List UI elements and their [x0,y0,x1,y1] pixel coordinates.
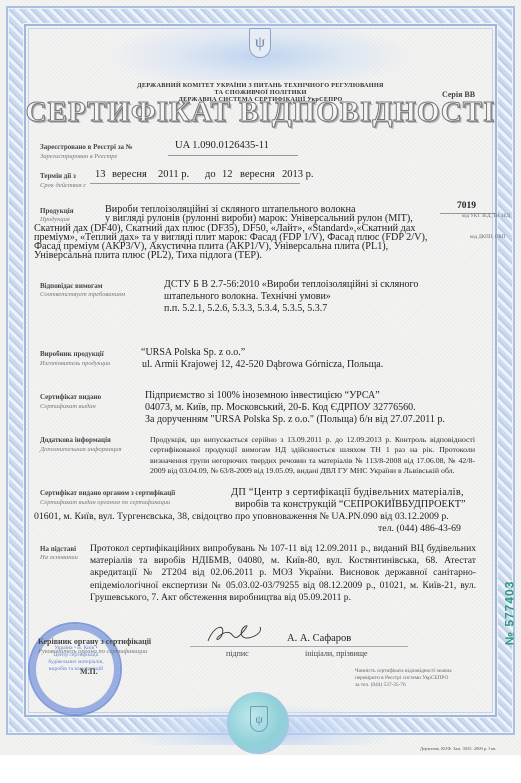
issuing-body-phone: тел. (044) 486-43-69 [378,523,461,534]
signature-image [204,621,264,645]
issued-to-label: Сертифікат видано [40,393,101,401]
issuing-body-address: 01601, м. Київ, вул. Тургенєвська, 38, с… [34,511,449,522]
basis-text: Протокол сертифікаційних випробувань № 1… [90,543,476,604]
issued-to-line-2: 04073, м. Київ, пр. Московський, 20-Б. К… [145,402,416,413]
validity-underline [90,183,300,184]
manufacturer-label-ru: Изготовитель продукции [40,360,110,367]
validity-to-year: 2013 р. [282,169,314,180]
product-line-6: Універсальна плита плюс (PL2), Тиха підл… [34,251,262,261]
conforms-label-ru: Соответствует требованиям [40,291,125,298]
product-code-caption-top: код УКТ ЗЕД, ТН ЗЕД [462,214,510,219]
issuing-body-label: Сертифікат видано органом з сертифікації [40,489,175,497]
certificate-sheet: ψ ДЕРЖАВНИЙ КОМІТЕТ УКРАЇНИ З ПИТАНЬ ТЕХ… [0,0,521,755]
basis-label: На підставі [40,545,76,553]
signatory-label-ru: Руководитель органа по сертификации [38,648,147,655]
issued-to-line-3: За дорученням "URSA Polska Sp. z o.o." (… [145,414,445,425]
seal-mark: М.П. [80,667,98,676]
issued-to-label-ru: Сертификат выдан [40,403,96,410]
conforms-line-1: ДСТУ Б В 2.7-56:2010 «Вироби теплоізоляц… [164,279,418,290]
manufacturer-name: “URSA Polska Sp. z o.o.” [141,347,245,358]
product-code: 7019 [457,201,476,211]
additional-info-label-ru: Дополнительная информация [40,446,121,453]
product-label-ru: Продукция [40,216,70,223]
validity-to-word: до [205,169,216,180]
certificate-title: СЕРТИФІКАТ ВІДПОВІДНОСТІ [0,96,521,129]
additional-info-text: Продукція, що випускається серійно з 13.… [150,435,475,476]
signature-underline [190,646,408,647]
issuing-body-name-1: ДП “Центр з сертифікації будівельних мат… [231,487,464,498]
additional-info-label: Додаткова інформація [40,436,111,444]
serial-number: № 577403 [502,581,516,646]
product-label: Продукція [40,207,73,215]
product-code-caption-bottom: код ДКПП, ОКП [470,235,505,240]
issuing-body-name-2: виробів та конструкцій “СЕПРОКИЇВБУДПРОЕ… [235,499,466,510]
signatory-name: А. А. Сафаров [287,633,351,644]
printer-note: Держзнак. КОФ. Зам. 3035. 2009 р. І кв. [420,746,496,751]
signatory-name-caption: ініціали, прізвище [305,649,368,658]
validity-to-month: вересня [240,169,275,180]
conforms-line-2: штапельного волокна. Технічні умови» [164,291,331,302]
validity-label: Термін дії з [40,172,76,180]
validity-from-year: 2011 р. [158,169,189,180]
validity-from-day: 13 [95,169,106,180]
signature-caption: підпис [226,649,249,658]
signatory-label: Керівник органу з сертифікації [38,637,151,646]
registry-label: Зареєстровано в Реєстрі за № [40,143,133,151]
validity-from-month: вересня [112,169,147,180]
validity-label-ru: Срок действия с [40,182,86,189]
trident-icon: ψ [250,706,268,732]
trident-icon: ψ [249,28,271,58]
verification-line-2: перевірити в Реєстрі системи УкрСЕПРО [355,675,448,681]
basis-label-ru: На основании [40,554,78,561]
manufacturer-address: ul. Armii Krajowej 12, 42-520 Dąbrowa Gó… [142,359,383,370]
conforms-label: Відповідає вимогам [40,282,103,290]
verification-line-3: за тел. (044) 537-35-76 [355,682,406,688]
issued-to-line-1: Підприємство зі 100% іноземною інвестиці… [145,390,380,401]
conforms-line-3: п.п. 5.2.1, 5.2.6, 5.3.3, 5.3.4, 5.3.5, … [164,303,327,314]
inner-border-line [28,28,493,713]
issuing-body-label-ru: Сертификат выдан органом по сертификации [40,499,170,506]
registry-number: UA 1.090.0126435-11 [175,140,269,151]
agency-line-1: ДЕРЖАВНИЙ КОМІТЕТ УКРАЇНИ З ПИТАНЬ ТЕХНІ… [0,82,521,89]
verification-line-1: Чинність сертифіката відповідності можна [355,668,452,674]
registry-underline [168,155,298,156]
manufacturer-label: Виробник продукції [40,350,104,358]
validity-to-day: 12 [222,169,233,180]
registry-label-ru: Зарегистрирован в Реестре [40,153,117,160]
